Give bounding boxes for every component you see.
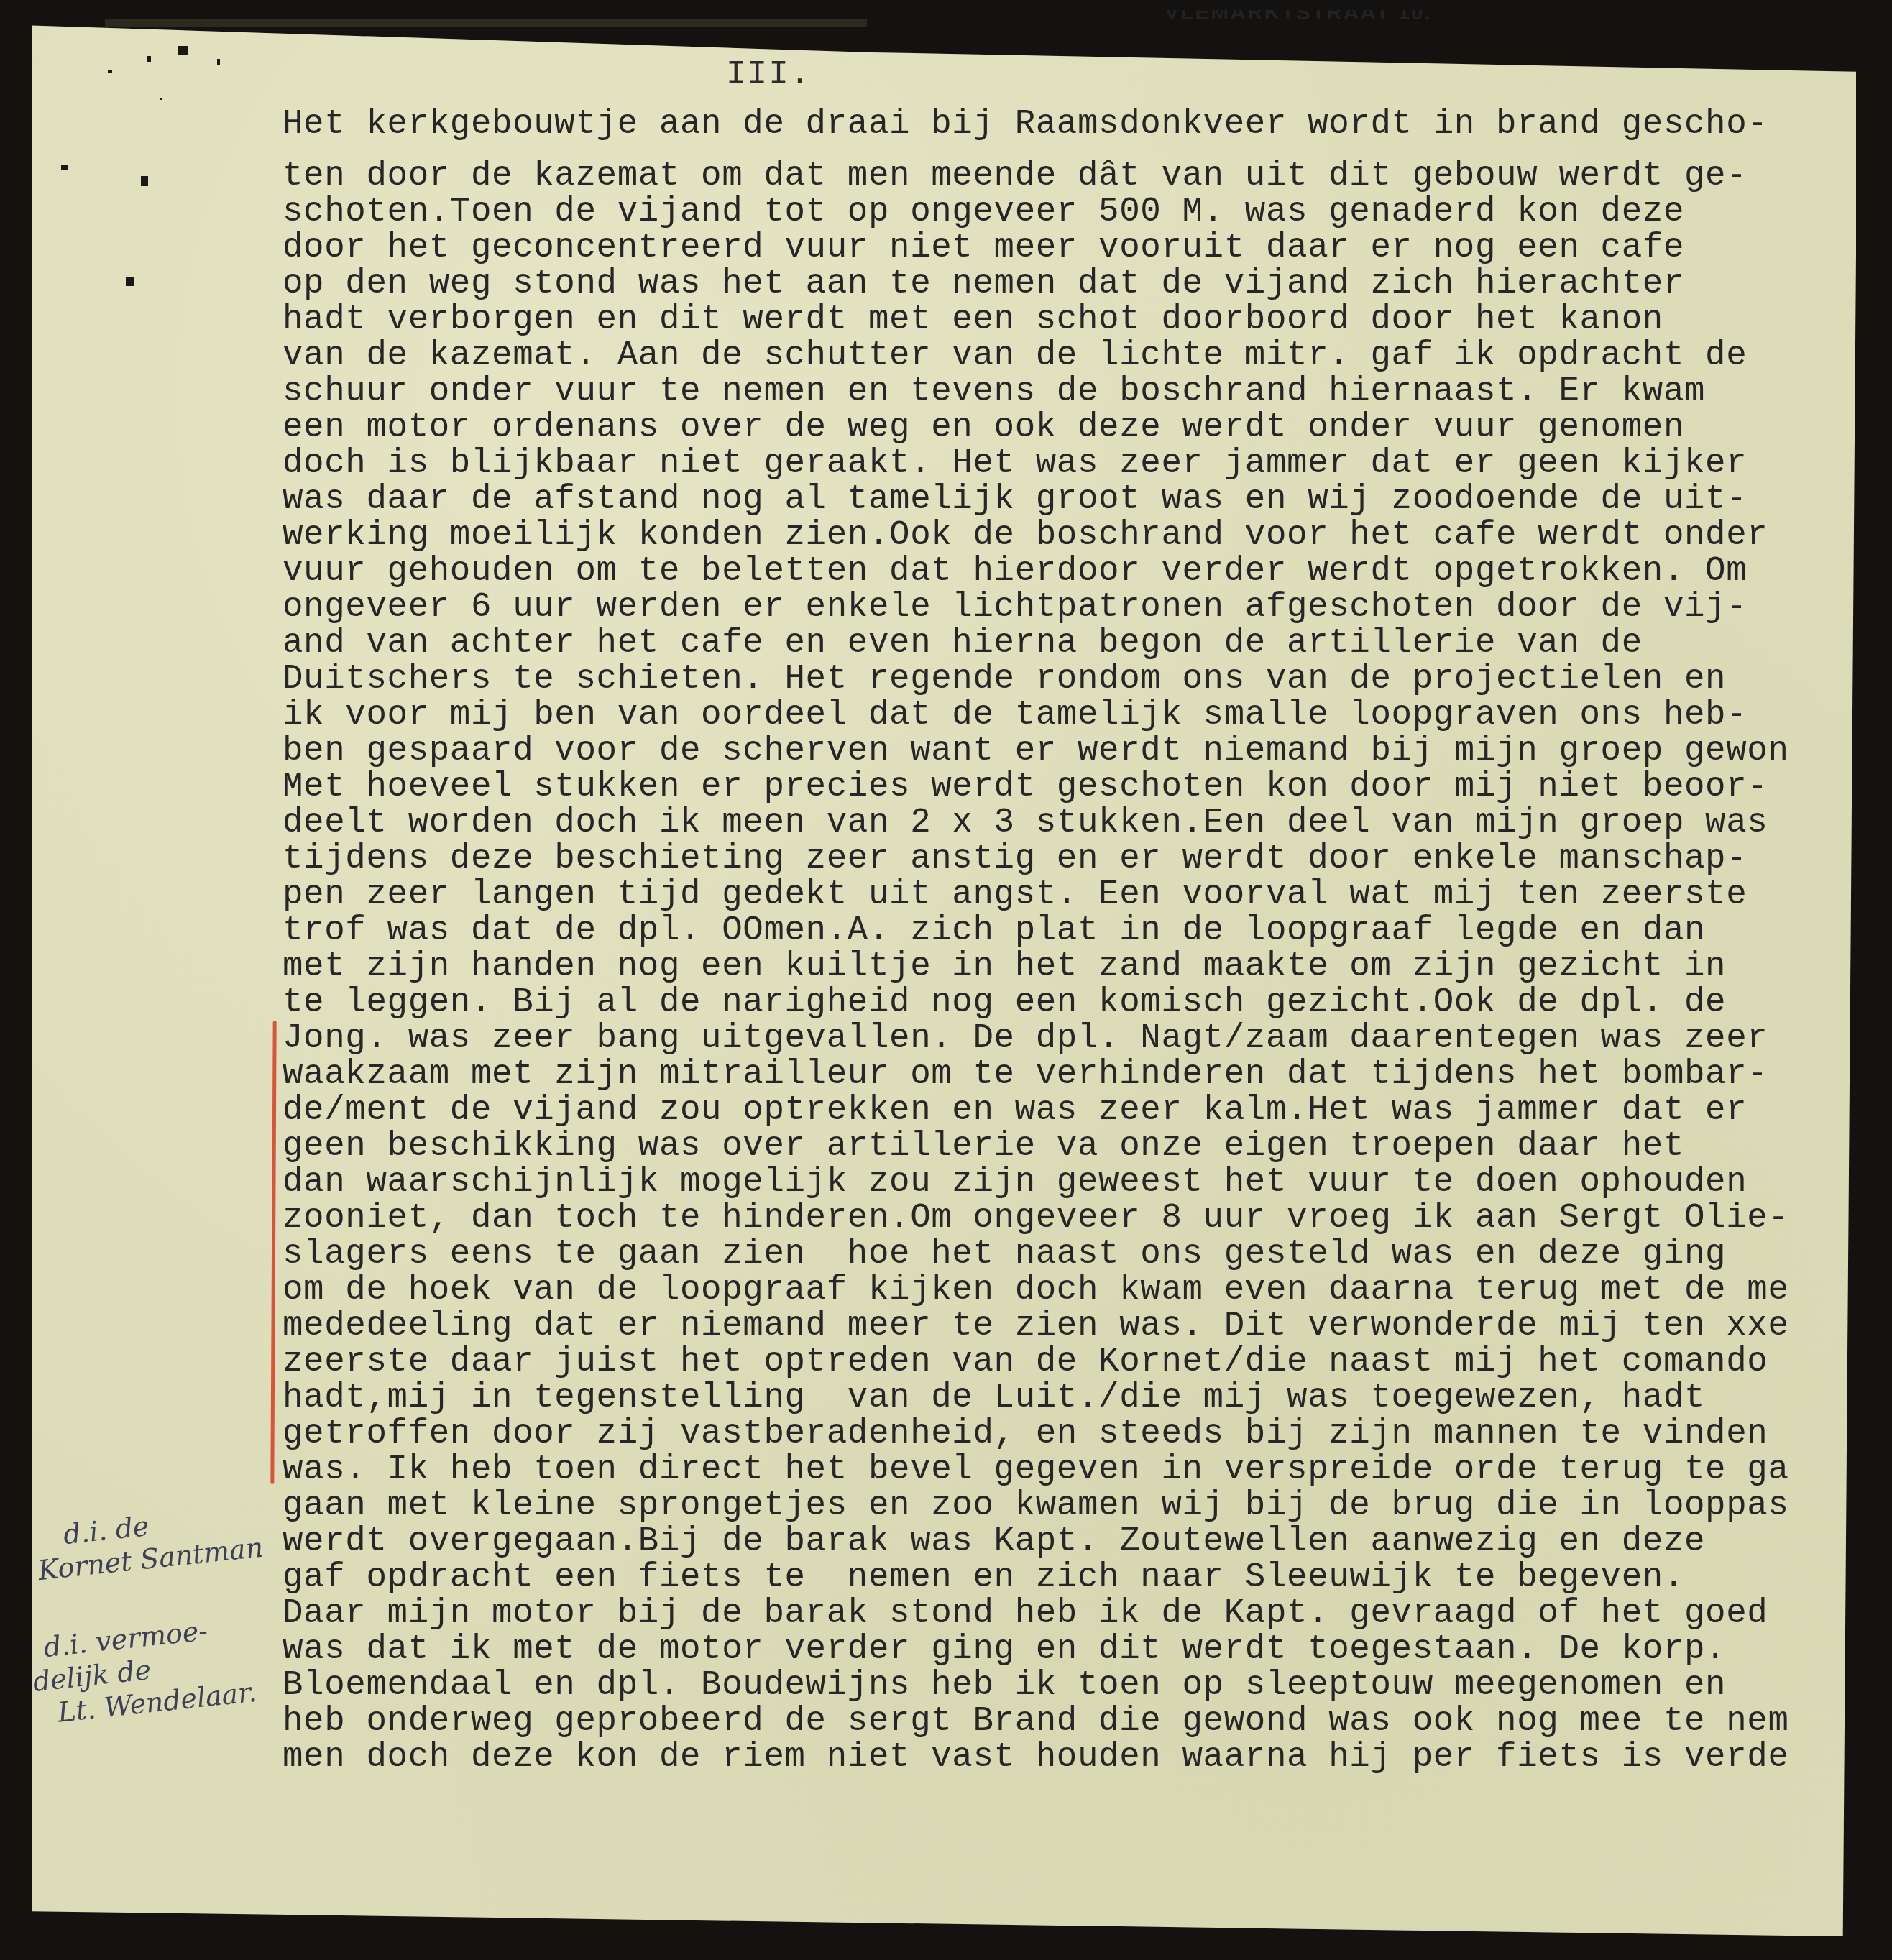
punch-hole-mark <box>160 98 162 100</box>
punch-hole-mark <box>178 46 188 55</box>
text-line: ben gespaard voor de scherven want er we… <box>283 733 1789 769</box>
text-line: een motor ordenans over de weg en ook de… <box>283 410 1684 446</box>
text-line: schuur onder vuur te nemen en tevens de … <box>283 374 1705 410</box>
text-line: hadt,mij in tegenstelling van de Luit./d… <box>283 1380 1705 1416</box>
text-line: was. Ik heb toen direct het bevel gegeve… <box>283 1452 1789 1488</box>
text-line: werdt overgegaan.Bij de barak was Kapt. … <box>283 1524 1705 1560</box>
text-line: gaan met kleine sprongetjes en zoo kwame… <box>283 1488 1789 1524</box>
text-line: heb onderweg geprobeerd de sergt Brand d… <box>283 1703 1789 1739</box>
text-line: dan waarschijnlijk mogelijk zou zijn gew… <box>283 1164 1747 1200</box>
text-line: mededeeling dat er niemand meer te zien … <box>283 1308 1789 1344</box>
text-line: met zijn handen nog een kuiltje in het z… <box>283 949 1726 985</box>
text-line: zooniet, dan toch te hinderen.Om ongevee… <box>283 1200 1789 1236</box>
text-line: geen beschikking was over artillerie va … <box>283 1128 1684 1164</box>
text-line: ik voor mij ben van oordeel dat de tamel… <box>283 697 1747 733</box>
text-line: hadt verborgen en dit werdt met een scho… <box>283 302 1663 338</box>
text-line: zeerste daar juist het optreden van de K… <box>283 1344 1768 1380</box>
text-line: was dat ik met de motor verder ging en d… <box>283 1632 1726 1667</box>
text-line: trof was dat de dpl. OOmen.A. zich plat … <box>283 913 1705 949</box>
text-line: and van achter het cafe en even hierna b… <box>283 625 1643 661</box>
text-line: waakzaam met zijn mitrailleur om te verh… <box>283 1057 1768 1092</box>
text-line: gaf opdracht een fiets te nemen en zich … <box>283 1560 1684 1596</box>
text-line: Daar mijn motor bij de barak stond heb i… <box>283 1596 1768 1632</box>
text-line: Het kerkgebouwtje aan de draai bij Raams… <box>283 106 1768 142</box>
text-line: van de kazemat. Aan de schutter van de l… <box>283 338 1747 374</box>
text-line: de/ment de vijand zou optrekken en was z… <box>283 1092 1747 1128</box>
text-line: Bloemendaal en dpl. Boudewijns heb ik to… <box>283 1667 1726 1703</box>
text-line: door het geconcentreerd vuur niet meer v… <box>283 230 1684 266</box>
text-line: vuur gehouden om te beletten dat hierdoo… <box>283 553 1747 589</box>
text-line: getroffen door zij vastberadenheid, en s… <box>283 1416 1768 1452</box>
text-line: ten door de kazemat om dat men meende dâ… <box>283 158 1747 194</box>
text-line: ongeveer 6 uur werden er enkele lichtpat… <box>283 589 1747 625</box>
punch-hole-mark <box>61 165 68 170</box>
text-line: om de hoek van de loopgraaf kijken doch … <box>283 1272 1789 1308</box>
punch-hole-mark <box>217 59 220 65</box>
text-line: slagers eens te gaan zien hoe het naast … <box>283 1236 1726 1272</box>
punch-hole-mark <box>147 56 151 62</box>
text-line: Duitschers te schieten. Het regende rond… <box>283 661 1726 697</box>
section-number: III. <box>726 56 811 93</box>
letterhead-rule <box>105 19 867 27</box>
punch-hole-mark <box>141 176 148 186</box>
text-line: was daar de afstand nog al tamelijk groo… <box>283 482 1747 517</box>
punch-hole-mark <box>126 277 134 286</box>
text-line: werking moeilijk konden zien.Ook de bosc… <box>283 517 1768 553</box>
scan-border <box>1856 0 1892 1960</box>
text-line: tijdens deze beschieting zeer anstig en … <box>283 841 1747 877</box>
text-line: Met hoeveel stukken er precies werdt ges… <box>283 769 1768 805</box>
text-line: Jong. was zeer bang uitgevallen. De dpl.… <box>283 1021 1768 1057</box>
text-line: pen zeer langen tijd gedekt uit angst. E… <box>283 877 1747 913</box>
punch-hole-mark <box>108 70 112 73</box>
letterhead-address: VLEMARKTSTRAAT 10. <box>1165 10 1432 26</box>
text-line: schoten.Toen de vijand tot op ongeveer 5… <box>283 194 1684 230</box>
text-line: deelt worden doch ik meen van 2 x 3 stuk… <box>283 805 1768 841</box>
text-line: doch is blijkbaar niet geraakt. Het was … <box>283 446 1747 482</box>
text-line: men doch deze kon de riem niet vast houd… <box>283 1739 1789 1775</box>
text-line: te leggen. Bij al de narigheid nog een k… <box>283 985 1726 1021</box>
text-line: op den weg stond was het aan te nemen da… <box>283 266 1684 302</box>
